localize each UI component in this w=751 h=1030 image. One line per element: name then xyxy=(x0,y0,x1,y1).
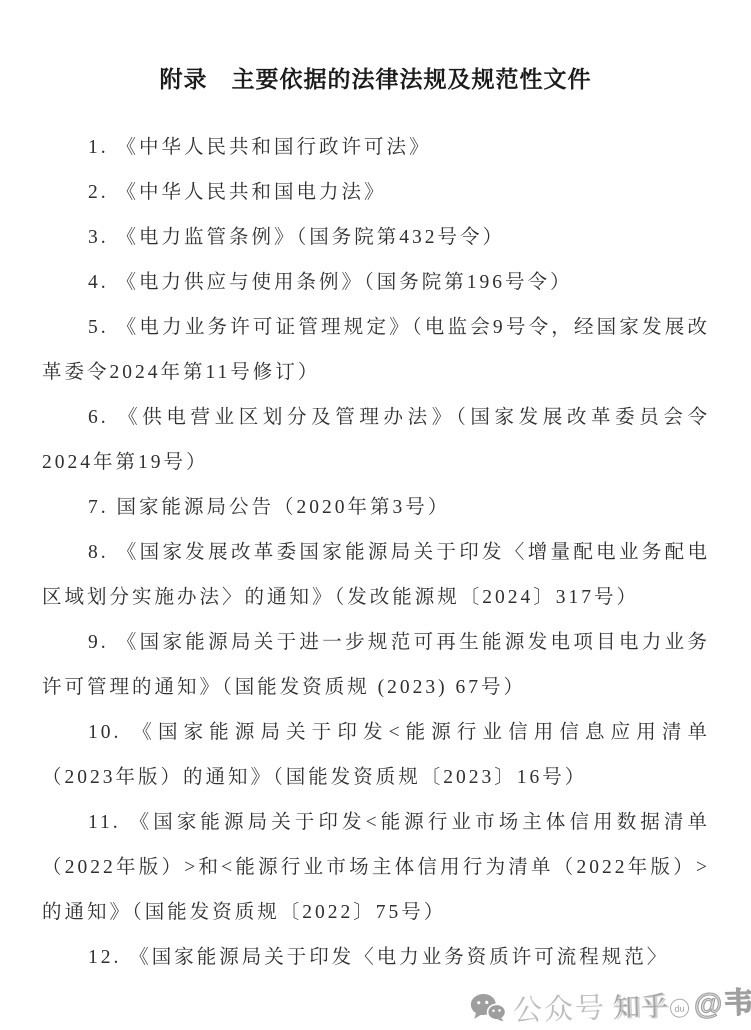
list-item: 8. 《国家发展改革委国家能源局关于印发〈增量配电业务配电区域划分实施办法〉的通… xyxy=(42,530,710,620)
watermark: 公众号 知乎 du @韦伯咨询 xyxy=(469,977,751,1030)
watermark-platform-label: 知乎 xyxy=(612,984,669,1025)
list-item: 1. 《中华人民共和国行政许可法》 xyxy=(42,125,710,170)
regulation-list: 1. 《中华人民共和国行政许可法》 2. 《中华人民共和国电力法》 3. 《电力… xyxy=(42,125,710,980)
du-badge-icon: du xyxy=(670,998,690,1018)
list-item: 9. 《国家能源局关于进一步规范可再生能源发电项目电力业务许可管理的通知》（国能… xyxy=(42,620,710,710)
watermark-account-label: @韦伯咨询 xyxy=(693,977,751,1023)
watermark-channel-label: 公众号 xyxy=(512,985,606,1029)
list-item: 6. 《供电营业区划分及管理办法》（国家发展改革委员会令2024年第19号） xyxy=(42,395,710,485)
wechat-icon xyxy=(469,992,506,1028)
list-item: 3. 《电力监管条例》（国务院第432号令） xyxy=(42,215,710,260)
list-item: 10. 《国家能源局关于印发<能源行业信用信息应用清单（2023年版）的通知》（… xyxy=(42,710,710,800)
list-item: 4. 《电力供应与使用条例》（国务院第196号令） xyxy=(42,260,710,305)
page-title: 附录 主要依据的法律法规及规范性文件 xyxy=(0,62,751,96)
list-item: 12. 《国家能源局关于印发〈电力业务资质许可流程规范〉 xyxy=(42,935,710,980)
list-item: 5. 《电力业务许可证管理规定》（电监会9号令，经国家发展改革委令2024年第1… xyxy=(42,305,710,395)
list-item: 11. 《国家能源局关于印发<能源行业市场主体信用数据清单（2022年版）>和<… xyxy=(42,800,710,935)
document-page: 附录 主要依据的法律法规及规范性文件 1. 《中华人民共和国行政许可法》 2. … xyxy=(0,0,751,1030)
list-item: 2. 《中华人民共和国电力法》 xyxy=(42,170,710,215)
list-item: 7. 国家能源局公告（2020年第3号） xyxy=(42,485,710,530)
